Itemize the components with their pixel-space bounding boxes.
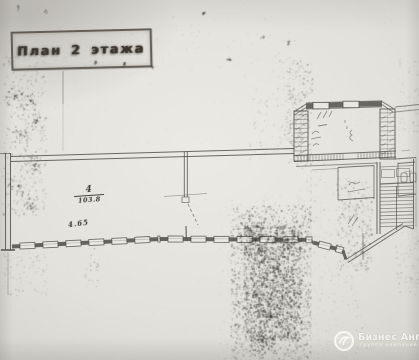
watermark: Бизнес Ангел группа компаний (333, 330, 419, 352)
watermark-title: Бизнес Ангел (358, 333, 419, 343)
scanned-floor-plan: План 2 этажа 4 103.8 4.65 Бизнес Ангел г… (0, 0, 419, 360)
watermark-subtitle: группа компаний (360, 343, 419, 349)
scan-noise-layer (0, 0, 419, 360)
watermark-logo-icon (333, 330, 355, 352)
